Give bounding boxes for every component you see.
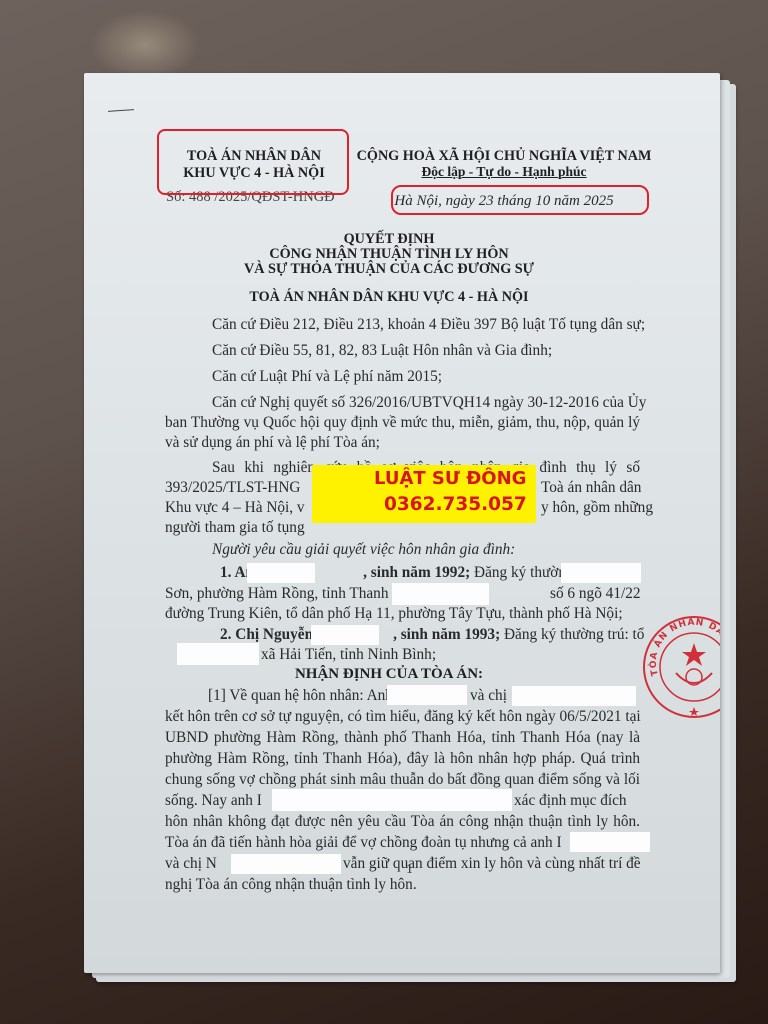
findings-line2: kết hôn trên cơ sở tự nguyện, có tìm hiể… xyxy=(165,707,640,727)
person2-birth: , sinh năm 1993; xyxy=(393,626,500,643)
redaction-box xyxy=(177,643,259,665)
svg-text:TÒA ÁN NHÂN DÂN KHU VỰC: TÒA ÁN NHÂN DÂN KHU VỰC xyxy=(640,613,720,677)
study-line2b: Toà án nhân dân xyxy=(541,478,641,498)
lawyer-phone: 0362.735.057 xyxy=(384,493,527,517)
study-line2a: 393/2025/TLST-HNG xyxy=(165,478,300,498)
findings-line6a: sống. Nay anh I xyxy=(165,791,262,811)
person2-line2: xã Hải Tiến, tỉnh Ninh Bình; xyxy=(261,645,436,665)
redaction-box xyxy=(512,686,636,706)
person1-line3: đường Trung Kiên, tổ dân phố Hạ 11, phườ… xyxy=(165,604,623,624)
lawyer-contact-overlay: LUẬT SƯ ĐÔNG 0362.735.057 xyxy=(312,465,536,523)
annotation-court-box xyxy=(157,129,349,195)
redaction-box xyxy=(561,563,641,583)
person2-reg: Đăng ký thường trú: tổ xyxy=(500,626,644,643)
findings-line3: UBND phường Hàm Rồng, thành phố Thanh Hó… xyxy=(165,728,640,748)
annotation-date-box xyxy=(391,185,649,215)
staple-mark xyxy=(108,109,134,112)
findings-line10: nghị Tòa án công nhận thuận tình ly hôn. xyxy=(165,875,417,895)
person2-name: 2. Chị Nguyễn xyxy=(220,626,313,643)
findings-line9b: vẫn giữ quan điểm xin ly hôn và cùng nhấ… xyxy=(343,854,641,874)
redaction-box xyxy=(272,789,512,811)
findings-line9a: và chị N xyxy=(165,854,217,874)
findings-line8: Tòa án đã tiến hành hòa giải để vợ chồng… xyxy=(165,833,562,853)
court-seal-stamp: TÒA ÁN NHÂN DÂN KHU VỰC xyxy=(640,613,720,721)
redaction-box xyxy=(311,625,379,645)
person2-line1: 2. Chị Nguyễn, sinh năm 1993; Đăng ký th… xyxy=(220,625,644,645)
findings-heading: NHẬN ĐỊNH CỦA TÒA ÁN: xyxy=(144,664,634,684)
doc-subtitle-2: VÀ SỰ THỎA THUẬN CỦA CÁC ĐƯƠNG SỰ xyxy=(144,259,634,279)
person1-line2a: Sơn, phường Hàm Rồng, tỉnh Thanh Hóa; xyxy=(165,584,422,604)
study-line3b: y hôn, gồm những xyxy=(541,498,653,518)
basis-1: Căn cứ Điều 212, Điều 213, khoản 4 Điều … xyxy=(212,315,645,335)
resolution-line3: và sử dụng án phí và lệ phí Tòa án; xyxy=(165,433,380,453)
redaction-box xyxy=(387,685,467,705)
redaction-box xyxy=(392,583,489,605)
findings-line5: chung sống vợ chồng phát sinh mâu thuẫn … xyxy=(165,770,640,790)
redaction-box xyxy=(231,854,341,874)
findings-line6b: xác định mục đích xyxy=(514,791,627,811)
basis-3: Căn cứ Luật Phí và Lệ phí năm 2015; xyxy=(212,367,442,387)
document-page: TOÀ ÁN NHÂN DÂN KHU VỰC 4 - HÀ NỘI Số: 4… xyxy=(84,73,720,973)
stamp-text: TÒA ÁN NHÂN DÂN KHU VỰC xyxy=(640,613,720,677)
lawyer-name: LUẬT SƯ ĐÔNG xyxy=(374,468,526,490)
resolution-line2: ban Thường vụ Quốc hội quy định về mức t… xyxy=(165,413,640,433)
requesters-heading: Người yêu cầu giải quyết việc hôn nhân g… xyxy=(212,540,515,560)
basis-2: Căn cứ Điều 55, 81, 82, 83 Luật Hôn nhân… xyxy=(212,341,552,361)
resolution-line1: Căn cứ Nghị quyết số 326/2016/UBTVQH14 n… xyxy=(212,393,640,413)
person1-birth: , sinh năm 1992; xyxy=(363,564,470,581)
page-number: 1 xyxy=(406,862,413,878)
person1-line2b: số 6 ngõ 41/22 xyxy=(550,584,641,604)
table-glare xyxy=(90,10,200,80)
motto: Độc lập - Tự do - Hạnh phúc xyxy=(354,162,654,182)
findings-line1a: [1] Về quan hệ hôn nhân: Anh xyxy=(208,686,393,706)
findings-line4: phường Hàm Rồng, tỉnh Thanh Hóa), đây là… xyxy=(165,749,640,769)
redaction-box xyxy=(247,563,315,583)
study-line4: người tham gia tố tụng xyxy=(165,518,305,538)
study-line3a: Khu vực 4 – Hà Nội, v xyxy=(165,498,305,518)
court-name: TOÀ ÁN NHÂN DÂN KHU VỰC 4 - HÀ NỘI xyxy=(144,287,634,307)
redaction-box xyxy=(570,832,650,852)
findings-line7: hôn nhân không đạt được nên yêu cầu Tòa … xyxy=(165,812,640,832)
findings-line1b: và chị xyxy=(470,686,507,706)
